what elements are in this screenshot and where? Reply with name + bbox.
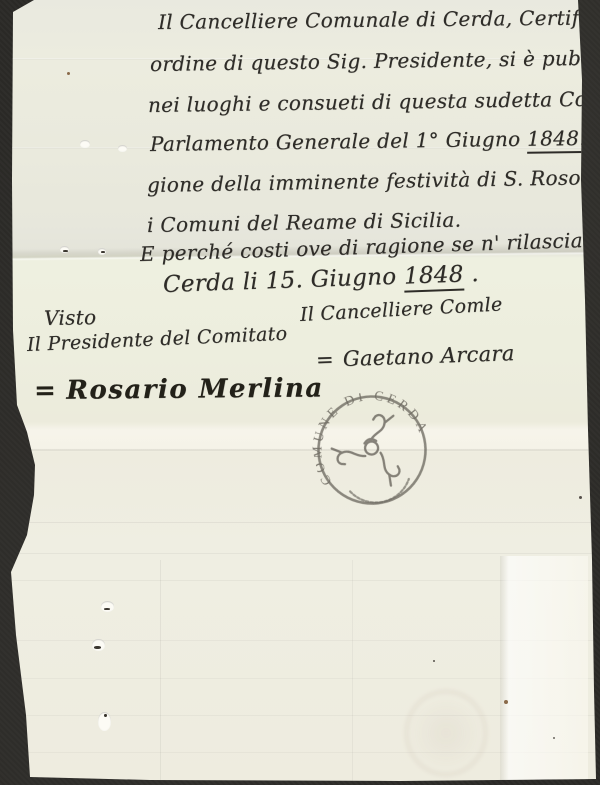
paper-speck [67, 72, 70, 75]
fold-crease [352, 560, 353, 782]
president-name: Rosario Merlina [66, 373, 324, 405]
signature-dash: = [316, 347, 335, 372]
fold-crease [160, 560, 161, 782]
paper-speck [433, 660, 435, 662]
fold-crease [500, 556, 588, 782]
fold-crease [0, 678, 600, 679]
body-line-1: Il Cancelliere Comunale di Cerda, Certif… [158, 4, 600, 34]
paper-nick [101, 251, 105, 253]
body-line-3: nei luoghi e consueti di questa sudetta … [148, 85, 600, 117]
president-signature: =Rosario Merlina [34, 373, 324, 406]
body-line-4: Parlamento Generale del 1° Giugno 1848. … [150, 124, 600, 156]
stamp-border [309, 387, 436, 514]
paper-hole [80, 140, 90, 147]
body-line-4-post: riguardante la [586, 124, 600, 150]
paper-nick [104, 714, 107, 717]
body-line-2: ordine di questo Sig. Presidente, si è p… [150, 44, 600, 76]
municipal-stamp: COMUNE DI CERDA [303, 381, 441, 519]
paper-speck [553, 737, 555, 739]
paper-speck [504, 700, 508, 704]
paper-nick [63, 250, 68, 252]
visto-annotation: Visto [44, 305, 97, 330]
photographed-document: Il Cancelliere Comunale di Cerda, Certif… [0, 0, 600, 785]
body-line-5: gione della imminente festività di S. Ro… [147, 162, 600, 197]
paper-nick [94, 646, 101, 649]
fold-crease [0, 449, 600, 451]
trinacria-symbol [324, 412, 409, 499]
body-line-4-pre: Parlamento Generale del 1° Giugno [150, 127, 527, 156]
letter-paper: Il Cancelliere Comunale di Cerda, Certif… [0, 0, 600, 785]
fold-crease [0, 640, 600, 641]
dateline-post: . [463, 261, 479, 288]
chancellor-name: Gaetano Arcara [342, 341, 515, 371]
stamp-bleed-through [405, 690, 487, 776]
fold-crease [0, 522, 600, 523]
signature-dash: = [34, 376, 58, 406]
fold-crease [0, 553, 600, 554]
dateline: Cerda li 15. Giugno 1848 . [163, 261, 480, 298]
fold-crease [0, 752, 600, 753]
fold-crease [0, 580, 600, 581]
dateline-pre: Cerda li 15. Giugno [163, 264, 405, 298]
paper-speck [579, 496, 582, 499]
chancellor-title: Il Cancelliere Comle [299, 293, 503, 326]
paper-hole [118, 145, 127, 151]
chancellor-signature: =Gaetano Arcara [316, 341, 515, 372]
underlined-year: 1848 [404, 262, 465, 293]
paper-nick [104, 608, 110, 610]
underlined-year: 1848. [527, 126, 586, 154]
fold-crease [0, 715, 600, 716]
